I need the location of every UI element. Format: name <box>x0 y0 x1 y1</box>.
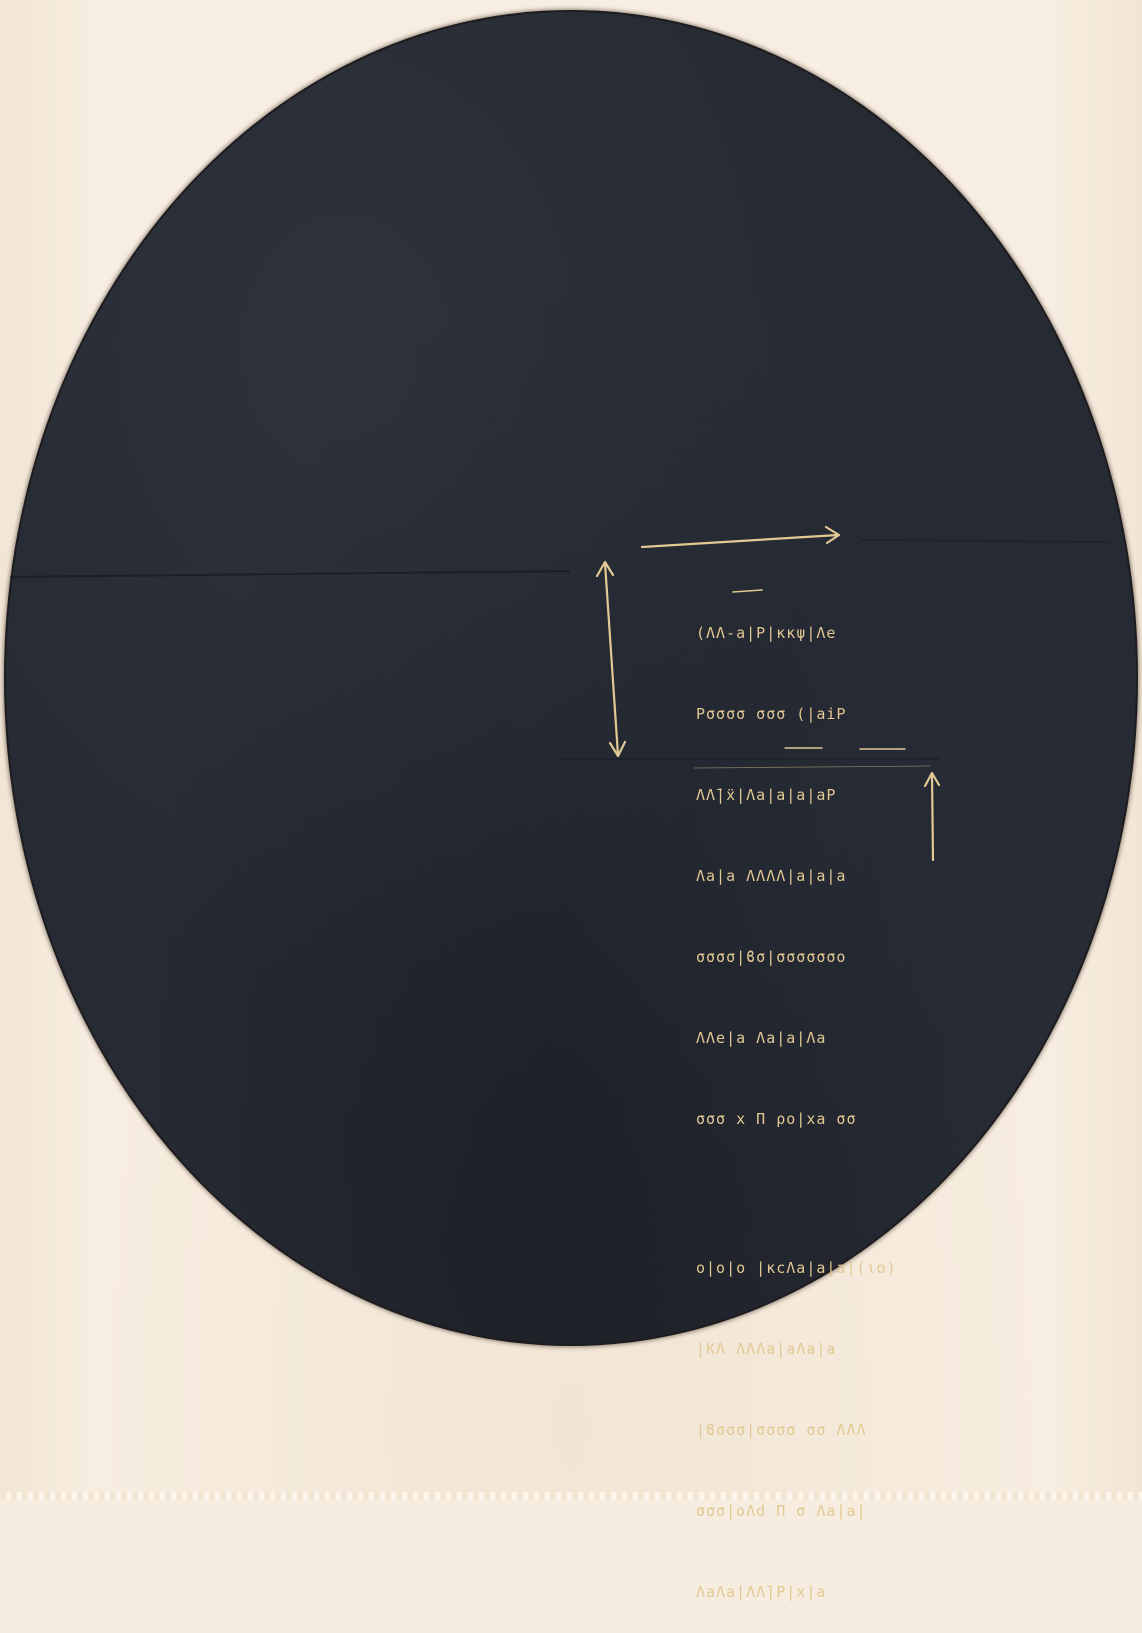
script-line: ΛΛ̄|ẍ|Λa|a|a|aP <box>696 782 946 809</box>
script-line: Λa|a ΛΛΛΛ|a|a|a <box>696 863 946 890</box>
gold-script-block: (ΛΛ-a|P|κκψ|Λe Pσσσσ σσσ (|aiP ΛΛ̄|ẍ|Λa|… <box>696 566 946 1500</box>
script-line: σσσσ|ϐσ|σσσσσσo <box>696 944 946 971</box>
double-arrow-icon <box>597 562 625 756</box>
script-line: |ϐσσσ|σσσσ σσ ΛΛΛ <box>696 1417 946 1444</box>
right-arrow-icon <box>642 527 839 547</box>
script-line: ΛΛe|a Λa|a|Λa <box>696 1025 946 1052</box>
gold-ink-marks <box>0 0 1142 1500</box>
script-line: σσσ x Π ρo|xa σσ <box>696 1106 946 1133</box>
script-line: |ΚΛ ΛΛΛa|aΛa|a <box>696 1336 946 1363</box>
script-line: Pσσσσ σσσ (|aiP <box>696 701 946 728</box>
script-line: o|o|o |κcΛa|a|a|(ιo) <box>696 1255 946 1282</box>
script-line: (ΛΛ-a|P|κκψ|Λe <box>696 620 946 647</box>
